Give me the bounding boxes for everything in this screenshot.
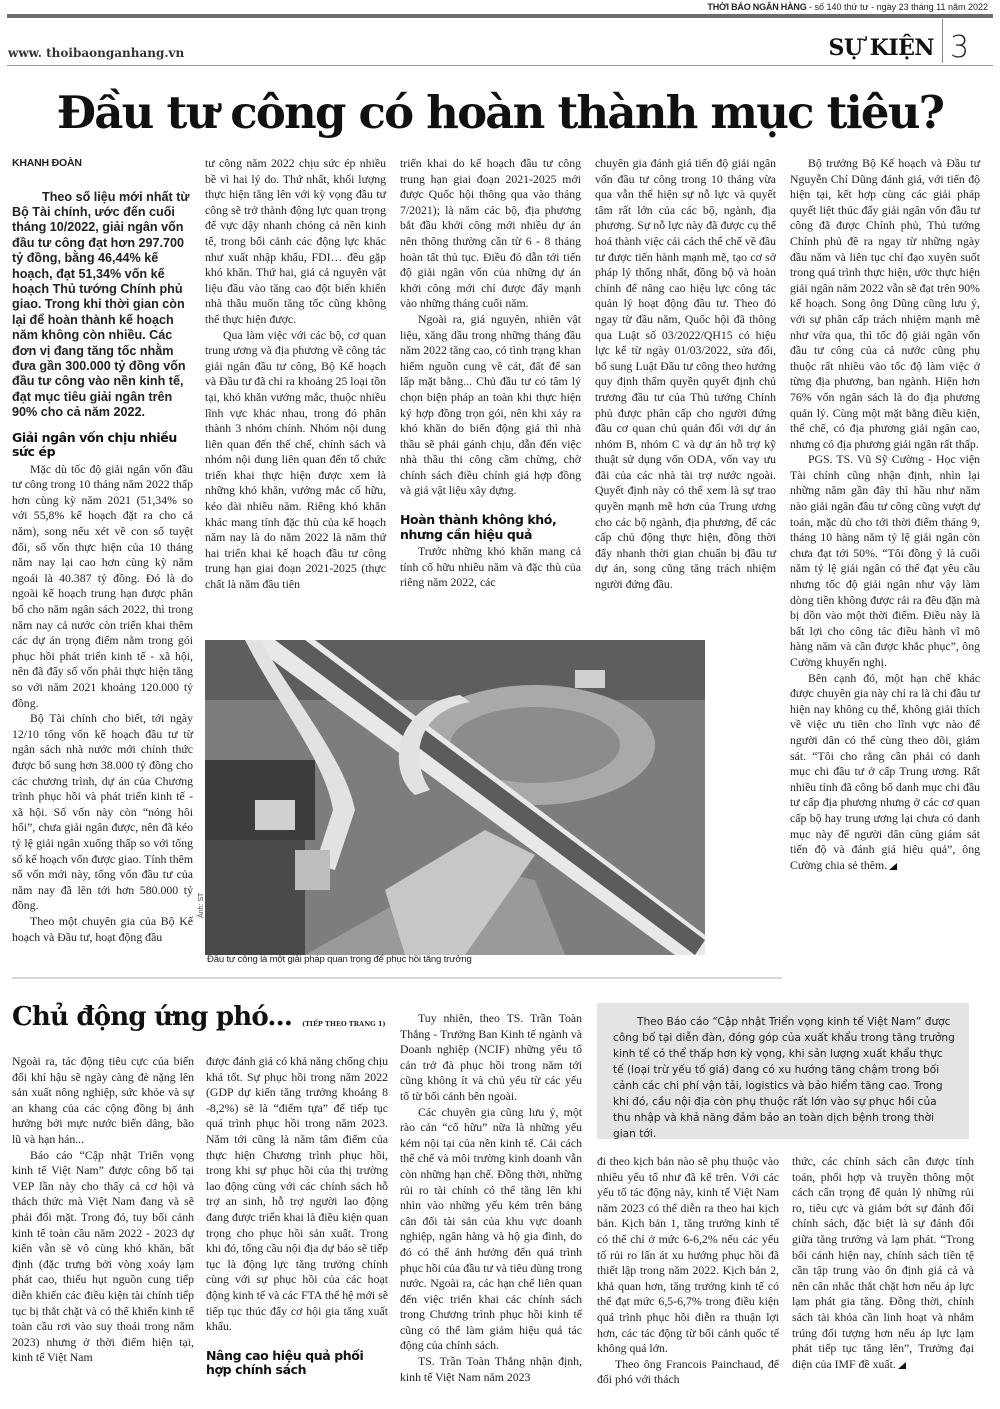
paragraph-text: thức, các chính sách cần được tính toán,… xyxy=(792,1154,974,1371)
issue-details: - số 140 thứ tư - ngày 23 tháng 11 năm 2… xyxy=(807,2,989,12)
paragraph: Ngoài ra, tác động tiêu cực của biến đổi… xyxy=(12,1054,194,1148)
aerial-highway-image xyxy=(205,640,705,955)
paragraph: Qua làm việc với các bộ, cơ quan trung ư… xyxy=(205,328,386,593)
section-separator xyxy=(942,19,943,63)
article2-column-5: thức, các chính sách cần được tính toán,… xyxy=(792,1154,974,1372)
end-of-article-icon xyxy=(889,863,897,870)
paragraph: Bộ Tài chính cho biết, tới ngày 12/10 tổ… xyxy=(12,711,193,914)
article-headline: Đầu tư công có hoàn thành mục tiêu? xyxy=(0,86,1000,139)
article-photo-highway-interchange[interactable] xyxy=(205,640,705,955)
article-divider xyxy=(12,977,782,979)
paragraph: Bộ trưởng Bộ Kế hoạch và Đầu tư Nguyễn C… xyxy=(790,156,980,452)
photo-caption: Đầu tư công là một giải pháp quan trọng … xyxy=(207,954,472,965)
byline: KHANH ĐOÀN xyxy=(12,156,193,172)
article1-column-3: triển khai do kế hoạch đầu tư công trung… xyxy=(400,156,581,591)
article2-column-3: Tuy nhiên, theo TS. Trần Toàn Thắng - Tr… xyxy=(400,1011,582,1385)
paragraph: Các chuyên gia cũng lưu ý, một rào cản “… xyxy=(400,1105,582,1355)
paragraph: chuyên gia đánh giá tiến độ giải ngân vố… xyxy=(595,156,776,593)
subheading-1: Giải ngân vốn chịu nhiều sức ép xyxy=(12,431,193,460)
paragraph: triển khai do kế hoạch đầu tư công trung… xyxy=(400,156,581,312)
highlight-box: Theo Báo cáo “Cập nhật Triển vọng kinh t… xyxy=(597,1003,969,1139)
paragraph: được đánh giá có khả năng chống chịu khá… xyxy=(206,1054,388,1335)
header-rule-divider xyxy=(7,65,993,66)
subheading-2: Hoàn thành không khó, nhưng cần hiệu quả xyxy=(400,513,581,542)
issue-info: THỜI BÁO NGÂN HÀNG - số 140 thứ tư - ngà… xyxy=(707,2,988,12)
paragraph: Tuy nhiên, theo TS. Trần Toàn Thắng - Tr… xyxy=(400,1011,582,1105)
page-number: 3 xyxy=(950,30,969,65)
article1-column-1: KHANH ĐOÀN Theo số liệu mới nhất từ Bộ T… xyxy=(12,156,193,945)
paragraph: Theo ông Francois Painchaud, để đối phó … xyxy=(597,1357,779,1388)
sapo-text: Theo số liệu mới nhất từ Bộ Tài chính, ư… xyxy=(12,190,193,421)
paragraph: Bên cạnh đó, một hạn chế khác được chuyê… xyxy=(790,671,980,874)
article2-column-4: đi theo kịch bản nào sẽ phụ thuộc vào nh… xyxy=(597,1154,779,1388)
paragraph-text: Bên cạnh đó, một hạn chế khác được chuyê… xyxy=(790,671,980,872)
highlight-text: Theo Báo cáo “Cập nhật Triển vọng kinh t… xyxy=(613,1014,955,1142)
top-rule-divider xyxy=(7,14,993,18)
subheading: Nâng cao hiệu quả phối hợp chính sách xyxy=(206,1349,388,1378)
continued-from-label[interactable]: (TIẾP THEO TRANG 1) xyxy=(302,1020,386,1028)
photo-credit: Ảnh: ST xyxy=(198,893,205,918)
paragraph: Mặc dù tốc độ giải ngân vốn đầu tư công … xyxy=(12,462,193,712)
section-label: SỰ KIỆN xyxy=(828,35,934,61)
article1-column-2: tư công năm 2022 chịu sức ép nhiều bề vì… xyxy=(205,156,386,593)
article-sapo: Theo số liệu mới nhất từ Bộ Tài chính, ư… xyxy=(12,190,193,421)
article1-column-5: Bộ trưởng Bộ Kế hoạch và Đầu tư Nguyễn C… xyxy=(790,156,980,873)
article1-column-4: chuyên gia đánh giá tiến độ giải ngân vố… xyxy=(595,156,776,593)
paragraph: PGS. TS. Vũ Sỹ Cường - Học viện Tài chín… xyxy=(790,452,980,670)
paper-name: THỜI BÁO NGÂN HÀNG xyxy=(707,2,806,12)
paragraph: TS. Trần Toàn Thắng nhận định, kinh tế V… xyxy=(400,1354,582,1385)
end-of-article-icon xyxy=(898,1362,906,1369)
paragraph: thức, các chính sách cần được tính toán,… xyxy=(792,1154,974,1372)
paragraph: Theo một chuyên gia của Bộ Kế hoạch và Đ… xyxy=(12,914,193,945)
paragraph: Ngoài ra, giá nguyên, nhiên vật liệu, xă… xyxy=(400,312,581,499)
article2-column-2: được đánh giá có khả năng chống chịu khá… xyxy=(206,1054,388,1380)
paragraph: tư công năm 2022 chịu sức ép nhiều bề vì… xyxy=(205,156,386,328)
article2-column-1: Ngoài ra, tác động tiêu cực của biến đổi… xyxy=(12,1054,194,1366)
paragraph: đi theo kịch bản nào sẽ phụ thuộc vào nh… xyxy=(597,1154,779,1357)
article2-headline: Chủ động ứng phó... xyxy=(12,1002,292,1032)
paragraph: Trước những khó khăn mang cả tính cố hữu… xyxy=(400,544,581,591)
website-url[interactable]: www. thoibaonganhang.vn xyxy=(8,46,184,60)
paragraph: Báo cáo “Cập nhật Triển vọng kinh tế Việ… xyxy=(12,1148,194,1366)
